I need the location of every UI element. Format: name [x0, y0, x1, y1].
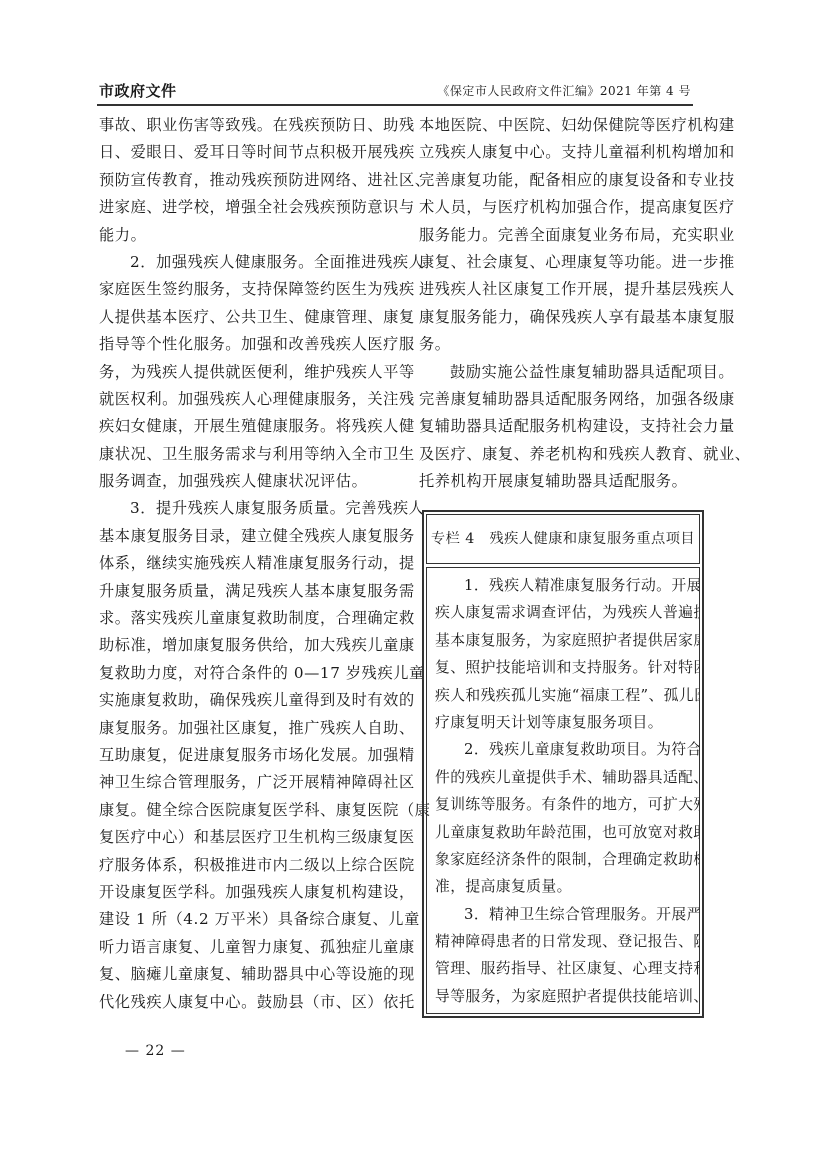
box-content: 1．残疾人精准康复服务行动。开展残疾人康复需求调查评估，为残疾人普遍提供基本康复… — [426, 567, 700, 1014]
text-line: 复、照护技能培训和支持服务。针对特困残 — [435, 654, 699, 681]
text-line: 及医疗、康复、养老机构和残疾人教育、就业、 — [419, 441, 727, 468]
text-line: 听力语言康复、儿童智力康复、孤独症儿童康 — [99, 934, 407, 961]
text-line: 家庭医生签约服务，支持保障签约医生为残疾 — [99, 276, 407, 303]
text-line: 服务能力。完善全面康复业务布局，充实职业 — [419, 222, 727, 249]
text-line: 开设康复医学科。加强残疾人康复机构建设， — [99, 879, 407, 906]
text-line: 复救助力度，对符合条件的 0—17 岁残疾儿童 — [99, 660, 407, 687]
text-line: 就医权利。加强残疾人心理健康服务，关注残 — [99, 386, 407, 413]
text-line: 基本康复服务，为家庭照护者提供居家康 — [435, 627, 699, 654]
text-line: 导等服务，为家庭照护者提供技能培训、心 — [435, 983, 699, 1010]
text-line: 复医疗中心）和基层医疗卫生机构三级康复医 — [99, 824, 407, 851]
text-line: 托养机构开展康复辅助器具适配服务。 — [419, 468, 727, 495]
text-line: 疾人康复需求调查评估，为残疾人普遍提供 — [435, 599, 699, 626]
text-line: 准，提高康复质量。 — [435, 873, 699, 900]
text-line: 日、爱眼日、爱耳日等时间节点积极开展残疾 — [99, 139, 407, 166]
text-line: 服务调查，加强残疾人健康状况评估。 — [99, 468, 407, 495]
text-line: 精神障碍患者的日常发现、登记报告、随访 — [435, 928, 699, 955]
text-line: 康复服务。加强社区康复，推广残疾人自助、 — [99, 715, 407, 742]
text-line: 2．残疾儿童康复救助项目。为符合条 — [435, 736, 699, 763]
text-line: 疗康复明天计划等康复服务项目。 — [435, 709, 699, 736]
text-line: 实施康复救助，确保残疾儿童得到及时有效的 — [99, 687, 407, 714]
text-line: 2．加强残疾人健康服务。全面推进残疾人 — [99, 249, 407, 276]
text-line: 代化残疾人康复中心。鼓励县（市、区）依托 — [99, 989, 407, 1016]
text-line: 完善康复辅助器具适配服务网络，加强各级康 — [419, 386, 727, 413]
text-line: 建设 1 所（4.2 万平米）具备综合康复、儿童 — [99, 906, 407, 933]
text-line: 康复。健全综合医院康复医学科、康复医院（康 — [99, 797, 407, 824]
text-line: 能力。 — [99, 222, 407, 249]
text-line: 基本康复服务目录，建立健全残疾人康复服务 — [99, 523, 407, 550]
left-column: 事故、职业伤害等致残。在残疾预防日、助残日、爱眼日、爱耳日等时间节点积极开展残疾… — [99, 112, 407, 1016]
text-line: 求。落实残疾儿童康复救助制度，合理确定救 — [99, 605, 407, 632]
text-line: 康复服务能力，确保残疾人享有最基本康复服 — [419, 304, 727, 331]
text-line: 指导等个性化服务。加强和改善残疾人医疗服 — [99, 331, 407, 358]
text-line: 3．精神卫生综合管理服务。开展严重 — [435, 901, 699, 928]
text-line: 事故、职业伤害等致残。在残疾预防日、助残 — [99, 112, 407, 139]
feature-box: 专栏 4 残疾人健康和康复服务重点项目 1．残疾人精准康复服务行动。开展残疾人康… — [422, 510, 704, 1018]
text-line: 神卫生综合管理服务，广泛开展精神障碍社区 — [99, 769, 407, 796]
page-header: 市政府文件 《保定市人民政府文件汇编》2021 年第 4 号 — [97, 78, 693, 106]
page-number: — 22 — — [125, 1043, 186, 1059]
text-line: 康状况、卫生服务需求与利用等纳入全市卫生 — [99, 441, 407, 468]
text-line: 术人员，与医疗机构加强合作，提高康复医疗 — [419, 194, 727, 221]
text-line: 务，为残疾人提供就医便利，维护残疾人平等 — [99, 359, 407, 386]
text-line: 助标准，增加康复服务供给，加大残疾儿童康 — [99, 632, 407, 659]
text-line: 复、脑瘫儿童康复、辅助器具中心等设施的现 — [99, 961, 407, 988]
text-line: 鼓励实施公益性康复辅助器具适配项目。 — [419, 359, 727, 386]
text-line: 复训练等服务。有条件的地方，可扩大残疾 — [435, 791, 699, 818]
text-line: 疾妇女健康，开展生殖健康服务。将残疾人健 — [99, 413, 407, 440]
box-title: 专栏 4 残疾人健康和康复服务重点项目 — [426, 514, 700, 564]
section-label: 市政府文件 — [99, 80, 177, 101]
text-line: 复辅助器具适配服务机构建设，支持社会力量 — [419, 413, 727, 440]
text-line: 件的残疾儿童提供手术、辅助器具适配、康 — [435, 764, 699, 791]
text-line: 人提供基本医疗、公共卫生、健康管理、康复 — [99, 304, 407, 331]
publication-title: 《保定市人民政府文件汇编》2021 年第 4 号 — [437, 82, 691, 99]
text-line: 体系，继续实施残疾人精准康复服务行动，提 — [99, 550, 407, 577]
text-line: 3．提升残疾人康复服务质量。完善残疾人 — [99, 495, 407, 522]
text-line: 疾人和残疾孤儿实施“福康工程”、孤儿医 — [435, 682, 699, 709]
text-line: 升康复服务质量，满足残疾人基本康复服务需 — [99, 578, 407, 605]
text-line: 进残疾人社区康复工作开展，提升基层残疾人 — [419, 276, 727, 303]
text-line: 务。 — [419, 331, 727, 358]
text-line: 本地医院、中医院、妇幼保健院等医疗机构建 — [419, 112, 727, 139]
text-line: 儿童康复救助年龄范围，也可放宽对救助对 — [435, 819, 699, 846]
text-line: 疗服务体系，积极推进市内二级以上综合医院 — [99, 852, 407, 879]
text-line: 1．残疾人精准康复服务行动。开展残 — [435, 572, 699, 599]
text-line: 管理、服药指导、社区康复、心理支持和疏 — [435, 955, 699, 982]
text-line: 完善康复功能，配备相应的康复设备和专业技 — [419, 167, 727, 194]
text-line: 立残疾人康复中心。支持儿童福利机构增加和 — [419, 139, 727, 166]
text-line: 象家庭经济条件的限制，合理确定救助标 — [435, 846, 699, 873]
text-line: 互助康复，促进康复服务市场化发展。加强精 — [99, 742, 407, 769]
text-line: 进家庭、进学校，增强全社会残疾预防意识与 — [99, 194, 407, 221]
text-line: 预防宣传教育，推动残疾预防进网络、进社区、 — [99, 167, 407, 194]
right-column: 本地医院、中医院、妇幼保健院等医疗机构建立残疾人康复中心。支持儿童福利机构增加和… — [419, 112, 727, 495]
text-line: 康复、社会康复、心理康复等功能。进一步推 — [419, 249, 727, 276]
